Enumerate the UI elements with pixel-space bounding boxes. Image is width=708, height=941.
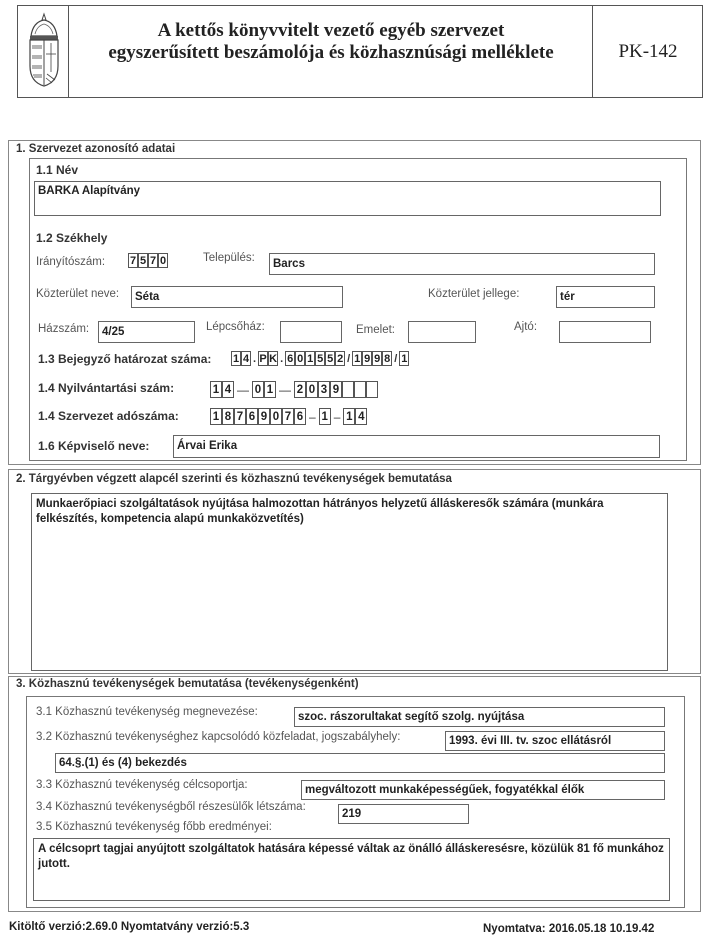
activity-name-field[interactable]: szoc. rászorultakat segítő szolg. nyújtá…: [294, 707, 665, 727]
results-label: 3.5 Közhasznú tevékenység főbb eredménye…: [36, 821, 272, 833]
form-title-line2: egyszerűsített beszámolója és közhasznús…: [70, 42, 592, 64]
public-task-label: 3.2 Közhasznú tevékenységhez kapcsolódó …: [36, 731, 400, 743]
name-field[interactable]: BARKA Alapítvány: [34, 181, 661, 216]
digit-box[interactable]: 8: [382, 351, 392, 366]
target-group-field[interactable]: megváltozott munkaképességűek, fogyatékk…: [301, 780, 665, 800]
digit-box[interactable]: 9: [362, 351, 372, 366]
floor-label: Emelet:: [356, 324, 395, 336]
target-group-label: 3.3 Közhasznú tevékenység célcsoportja:: [36, 779, 248, 791]
digit-box[interactable]: 6: [285, 351, 295, 366]
street-name-field[interactable]: Séta: [131, 286, 343, 308]
digit-box[interactable]: 0: [295, 351, 305, 366]
digit-box[interactable]: 7: [128, 253, 138, 268]
tax-number-label: 1.4 Szervezet adószáma:: [38, 409, 179, 423]
results-field[interactable]: A célcsoprt tagjai anyújtott szolgáltato…: [33, 838, 670, 901]
digit-separator: .: [251, 353, 258, 365]
digit-box[interactable]: 1: [352, 351, 362, 366]
digit-box[interactable]: 1: [305, 351, 315, 366]
registry-number-field[interactable]: 14—01—2039: [210, 381, 378, 398]
street-type-label: Közterület jellege:: [428, 288, 519, 300]
registry-number-label: 1.4 Nyilvántartási szám:: [38, 381, 174, 395]
digit-separator: –: [306, 410, 319, 424]
digit-box[interactable]: 1: [210, 408, 222, 425]
zip-label: Irányítószám:: [36, 256, 105, 268]
hungarian-coat-of-arms-icon: [27, 12, 61, 88]
zip-field[interactable]: 7570: [128, 253, 168, 268]
staircase-label: Lépcsőház:: [206, 321, 265, 333]
digit-box[interactable]: 7: [282, 408, 294, 425]
digit-box[interactable]: 9: [258, 408, 270, 425]
digit-box[interactable]: 1: [399, 351, 409, 366]
digit-box[interactable]: 4: [355, 408, 367, 425]
digit-separator: —: [276, 383, 294, 397]
digit-box[interactable]: [354, 381, 366, 398]
digit-box[interactable]: 0: [270, 408, 282, 425]
digit-box[interactable]: 2: [294, 381, 306, 398]
decision-number-field[interactable]: 14.PK.601552/1998/1: [231, 351, 409, 366]
form-code: PK-142: [592, 5, 703, 98]
digit-box[interactable]: 5: [138, 253, 148, 268]
city-label: Település:: [203, 252, 255, 264]
form-title-line1: A kettős könyvvitelt vezető egyéb szerve…: [70, 20, 592, 42]
name-label: 1.1 Név: [36, 163, 78, 177]
digit-box[interactable]: 3: [318, 381, 330, 398]
representative-label: 1.6 Képviselő neve:: [38, 439, 149, 453]
door-field[interactable]: [559, 321, 651, 343]
digit-box[interactable]: 1: [231, 351, 241, 366]
digit-box[interactable]: 8: [222, 408, 234, 425]
digit-box[interactable]: [366, 381, 378, 398]
digit-box[interactable]: 1: [264, 381, 276, 398]
street-type-field[interactable]: tér: [556, 286, 655, 308]
public-task-field-2[interactable]: 64.§.(1) és (4) bekezdés: [55, 753, 665, 773]
public-task-field-1[interactable]: 1993. évi III. tv. szoc ellátásról: [445, 731, 665, 751]
digit-box[interactable]: 9: [330, 381, 342, 398]
digit-box[interactable]: 0: [306, 381, 318, 398]
digit-box[interactable]: K: [268, 351, 278, 366]
digit-box[interactable]: 6: [246, 408, 258, 425]
beneficiaries-field[interactable]: 219: [338, 804, 469, 824]
beneficiaries-label: 3.4 Közhasznú tevékenységből részesülők …: [36, 801, 306, 813]
house-number-label: Házszám:: [38, 323, 89, 335]
digit-separator: /: [345, 353, 352, 365]
digit-separator: /: [392, 353, 399, 365]
door-label: Ajtó:: [514, 321, 537, 333]
activities-description-field[interactable]: Munkaerőpiaci szolgáltatások nyújtása ha…: [31, 493, 668, 671]
section-3-title: 3. Közhasznú tevékenységek bemutatása (t…: [16, 678, 359, 690]
digit-box[interactable]: 7: [148, 253, 158, 268]
representative-field[interactable]: Árvai Erika: [173, 435, 660, 458]
digit-box[interactable]: 5: [315, 351, 325, 366]
digit-separator: .: [278, 353, 285, 365]
digit-box[interactable]: 4: [241, 351, 251, 366]
digit-box[interactable]: 0: [158, 253, 168, 268]
form-title: A kettős könyvvitelt vezető egyéb szerve…: [70, 20, 592, 64]
digit-box[interactable]: 6: [294, 408, 306, 425]
digit-box[interactable]: 1: [210, 381, 222, 398]
seat-label: 1.2 Székhely: [36, 231, 107, 245]
tax-number-field[interactable]: 18769076–1–14: [210, 408, 367, 425]
digit-box[interactable]: 2: [335, 351, 345, 366]
digit-box[interactable]: P: [258, 351, 268, 366]
section-2-title: 2. Tárgyévben végzett alapcél szerinti é…: [16, 473, 452, 485]
house-number-field[interactable]: 4/25: [98, 321, 195, 343]
digit-box[interactable]: 7: [234, 408, 246, 425]
decision-number-label: 1.3 Bejegyző határozat száma:: [38, 352, 211, 366]
digit-box[interactable]: 9: [372, 351, 382, 366]
print-timestamp: Nyomtatva: 2016.05.18 10.19.42: [483, 923, 654, 935]
floor-field[interactable]: [408, 321, 476, 343]
staircase-field[interactable]: [280, 321, 342, 343]
digit-box[interactable]: 1: [319, 408, 331, 425]
city-field[interactable]: Barcs: [269, 253, 655, 275]
digit-separator: —: [234, 383, 252, 397]
digit-box[interactable]: 4: [222, 381, 234, 398]
version-info: Kitöltő verzió:2.69.0 Nyomtatvány verzió…: [9, 921, 249, 933]
activity-name-label: 3.1 Közhasznú tevékenység megnevezése:: [36, 706, 258, 718]
digit-box[interactable]: 5: [325, 351, 335, 366]
digit-separator: –: [331, 410, 344, 424]
digit-box[interactable]: 1: [343, 408, 355, 425]
section-1-title: 1. Szervezet azonosító adatai: [16, 143, 175, 155]
digit-box[interactable]: [342, 381, 354, 398]
digit-box[interactable]: 0: [252, 381, 264, 398]
street-name-label: Közterület neve:: [36, 288, 119, 300]
